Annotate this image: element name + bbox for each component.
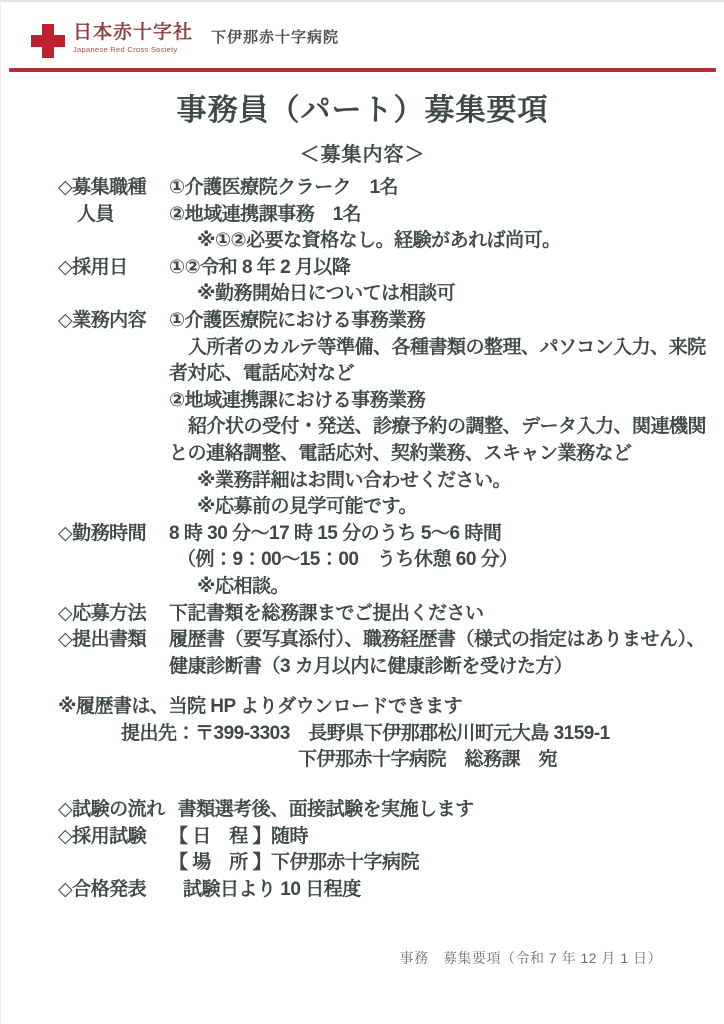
row-position: ◇募集職種 人員 ①介護医療院クラーク 1名 ②地域連携課事務 1名 ※①②必要… [58,175,716,255]
organization-name: 日本赤十字社 [73,22,193,44]
row-working-hours: ◇勤務時間 8 時 30 分～17 時 15 分のうち 5～6 時間 （例：9：… [58,521,716,601]
submission-address: 提出先：〒399-3303 長野県下伊那郡松川町元大島 3159-1 [58,721,716,748]
row-duties-content: ①介護医療院における事務業務 入所者のカルテ等準備、各種書類の整理、パソコン入力… [169,308,716,521]
row-working-hours-content: 8 時 30 分～17 時 15 分のうち 5～6 時間 （例：9：00～15：… [169,521,716,601]
content-note-line: ※①②必要な資格なし。経験があれば尚可。 [169,228,716,255]
content-note-line: ※勤務開始日については相談可 [169,281,716,308]
red-cross-icon [31,24,65,58]
page-title: 事務員（パート）募集要項 [1,85,724,129]
organization-name-english: Japanese Red Cross Society [73,45,193,54]
red-cross-icon-horizontal-bar [31,35,65,47]
row-how-to-apply-label: ◇応募方法 [58,601,169,628]
content-line: との連絡調整、電話応対、契約業務、スキャン業務など [169,441,716,468]
row-result-announcement: ◇合格発表 試験日より 10 日程度 [58,877,716,904]
row-duties-label: ◇業務内容 [58,308,169,335]
row-how-to-apply: ◇応募方法 下記書類を総務課までご提出ください [58,601,716,628]
submission-addressee: 下伊那赤十字病院 総務課 宛 [58,747,716,774]
label-text-2: 人員 [58,202,169,229]
label-text: ◇募集職種 [58,175,169,202]
content-line: 書類選考後、面接試験を実施します [178,797,716,824]
label-text: ◇試験の流れ [58,797,165,824]
recruitment-flyer-page: 日本赤十字社 Japanese Red Cross Society 下伊那赤十字… [0,0,724,1024]
logo-row: 日本赤十字社 Japanese Red Cross Society 下伊那赤十字… [1,22,724,58]
content-line: 紹介状の受付・発送、診療予約の調整、データ入力、関連機関 [169,414,716,441]
row-exam-flow-content: 書類選考後、面接試験を実施します [165,797,716,824]
label-text: ◇応募方法 [58,601,169,628]
row-hire-date: ◇採用日 ①②令和 8 年 2 月以降 ※勤務開始日については相談可 [58,255,716,308]
content-note-line: ※応相談。 [169,574,716,601]
content-line: 【 場 所 】下伊那赤十字病院 [169,850,716,877]
content-line: 下記書類を総務課までご提出ください [169,601,716,628]
row-working-hours-label: ◇勤務時間 [58,521,169,548]
exam-section: ◇試験の流れ 書類選考後、面接試験を実施します ◇採用試験 【 日 程 】随時 … [58,797,716,903]
section-heading: ＜募集内容＞ [1,138,724,167]
row-required-documents: ◇提出書類 履歴書（要写真添付）、職務経歴書（様式の指定はありません）、 健康診… [58,627,716,680]
hospital-name: 下伊那赤十字病院 [211,26,339,47]
label-text: ◇合格発表 [58,877,169,904]
content-line: ①介護医療院における事務業務 [169,308,716,335]
row-duties: ◇業務内容 ①介護医療院における事務業務 入所者のカルテ等準備、各種書類の整理、… [58,308,716,521]
submission-notes: ※履歴書は、当院 HP よりダウンロードできます 提出先：〒399-3303 長… [58,694,716,774]
content-line: ②地域連携課事務 1名 [169,202,716,229]
content-line: ①介護医療院クラーク 1名 [169,175,716,202]
content-line: 8 時 30 分～17 時 15 分のうち 5～6 時間 [169,521,716,548]
row-result-announcement-label: ◇合格発表 [58,877,169,904]
content-line: 入所者のカルテ等準備、各種書類の整理、パソコン入力、来院 [169,335,716,362]
content-line: 者対応、電話応対など [169,361,716,388]
row-result-announcement-content: 試験日より 10 日程度 [169,877,716,904]
document-footer: 事務 募集要項（令和 7 年 12 月 1 日） [400,948,662,968]
label-text: ◇採用試験 [58,824,169,851]
organization-block: 日本赤十字社 Japanese Red Cross Society [73,22,193,54]
row-hire-date-label: ◇採用日 [58,255,169,282]
content-line: ①②令和 8 年 2 月以降 [169,255,716,282]
content-line: （例：9：00～15：00 うち休憩 60 分） [169,547,716,574]
red-divider-line [9,68,716,72]
content-line: 履歴書（要写真添付）、職務経歴書（様式の指定はありません）、 [169,627,716,654]
label-text: ◇業務内容 [58,308,169,335]
label-text: ◇勤務時間 [58,521,169,548]
row-exam-schedule-content: 【 日 程 】随時 【 場 所 】下伊那赤十字病院 [169,824,716,877]
row-exam-flow: ◇試験の流れ 書類選考後、面接試験を実施します [58,797,716,824]
row-exam-flow-label: ◇試験の流れ [58,797,165,824]
recruitment-details: ◇募集職種 人員 ①介護医療院クラーク 1名 ②地域連携課事務 1名 ※①②必要… [1,175,724,903]
row-exam-schedule-label: ◇採用試験 [58,824,169,851]
row-position-label: ◇募集職種 人員 [58,175,169,228]
row-how-to-apply-content: 下記書類を総務課までご提出ください [169,601,716,628]
content-line: 健康診断書（3 カ月以内に健康診断を受けた方） [169,654,716,681]
row-hire-date-content: ①②令和 8 年 2 月以降 ※勤務開始日については相談可 [169,255,716,308]
label-text: ◇採用日 [58,255,169,282]
row-exam-schedule: ◇採用試験 【 日 程 】随時 【 場 所 】下伊那赤十字病院 [58,824,716,877]
content-note-line: ※応募前の見学可能です。 [169,494,716,521]
row-required-documents-content: 履歴書（要写真添付）、職務経歴書（様式の指定はありません）、 健康診断書（3 カ… [169,627,716,680]
row-required-documents-label: ◇提出書類 [58,627,169,654]
content-line: ②地域連携課における事務業務 [169,388,716,415]
label-text: ◇提出書類 [58,627,169,654]
content-line: 試験日より 10 日程度 [169,877,716,904]
row-position-content: ①介護医療院クラーク 1名 ②地域連携課事務 1名 ※①②必要な資格なし。経験が… [169,175,716,255]
document-header: 日本赤十字社 Japanese Red Cross Society 下伊那赤十字… [1,2,724,72]
resume-download-note: ※履歴書は、当院 HP よりダウンロードできます [58,694,716,721]
content-note-line: ※業務詳細はお問い合わせください。 [169,468,716,495]
content-line: 【 日 程 】随時 [169,824,716,851]
